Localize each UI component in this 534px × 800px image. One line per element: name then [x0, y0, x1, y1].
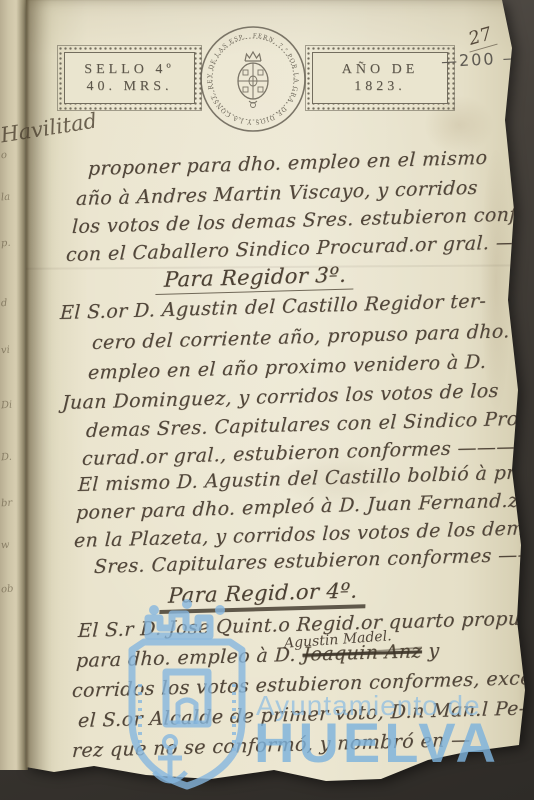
manuscript-line: cero del corriente año, propuso para dho…	[92, 320, 511, 354]
bleed-fragment: vi	[1, 345, 11, 357]
bleed-fragment: d	[1, 298, 8, 309]
manuscript-line: el S.or Alcalde de primer voto, D.n Man.…	[78, 697, 526, 732]
stamp-sello-line: SELLO 4º	[84, 62, 174, 78]
document-page: SELLO 4º 40. MRS. AÑO DE 1823.	[26, 0, 534, 800]
scan-background: o la p. d vi Di D. br w ob SELLO 4º 40. …	[0, 0, 534, 800]
bleed-fragment: o	[1, 150, 8, 161]
manuscript-line: proponer para dho. empleo en el mismo	[88, 147, 488, 180]
manuscript-line: empleo en el año proximo venidero à D.	[88, 351, 487, 384]
royal-seal-icon: FERN. 7.º POR LA GRA. DE DIOS Y LA CONST…	[197, 23, 309, 135]
bleed-fragment: br	[1, 498, 13, 510]
section-heading-regidor-3: Para Regidor 3º.	[155, 262, 355, 295]
manuscript-line: Juan Dominguez, y corridos los votos de …	[62, 380, 500, 414]
stamp-ano-line: AÑO DE	[342, 62, 419, 78]
stamp-left-box-inner: SELLO 4º 40. MRS.	[64, 52, 195, 104]
line-post-text: y	[421, 640, 439, 663]
manuscript-line: El S.or D. Agustin del Castillo Regidor …	[60, 290, 487, 324]
bleed-fragment: la	[1, 192, 11, 204]
document-page-wrap: SELLO 4º 40. MRS. AÑO DE 1823.	[26, 0, 534, 800]
stamp-left-box: SELLO 4º 40. MRS.	[57, 45, 202, 111]
folio-number: 27	[463, 22, 497, 52]
pencil-archive-number: —200 —	[441, 48, 522, 71]
manuscript-line: rez que no se conformó, y nombró en —	[72, 729, 472, 762]
manuscript-line: año à Andres Martin Viscayo, y corridos	[76, 177, 479, 210]
stamp-right-box-inner: AÑO DE 1823.	[312, 52, 448, 104]
stamp-year-line: 1823.	[354, 79, 406, 95]
manuscript-line: con el Caballero Sindico Procurad.or gra…	[66, 231, 516, 266]
bleed-fragment: ob	[1, 584, 14, 596]
line-pre-text: para dho. empleo à D.	[76, 644, 303, 672]
bleed-fragment: D.	[1, 452, 13, 464]
section-heading-regidor-4: Para Regid.or 4º.	[159, 578, 366, 614]
manuscript-line: corridos los votos estubieron conformes,…	[72, 666, 534, 702]
bleed-fragment: p.	[1, 238, 11, 250]
bleed-fragment: w	[1, 540, 10, 552]
bleed-fragment: Di	[1, 400, 13, 412]
stamp-mrs-line: 40. MRS.	[86, 79, 172, 95]
previous-page-edge: o la p. d vi Di D. br w ob	[0, 0, 28, 770]
stamp-right-box: AÑO DE 1823.	[305, 45, 455, 111]
